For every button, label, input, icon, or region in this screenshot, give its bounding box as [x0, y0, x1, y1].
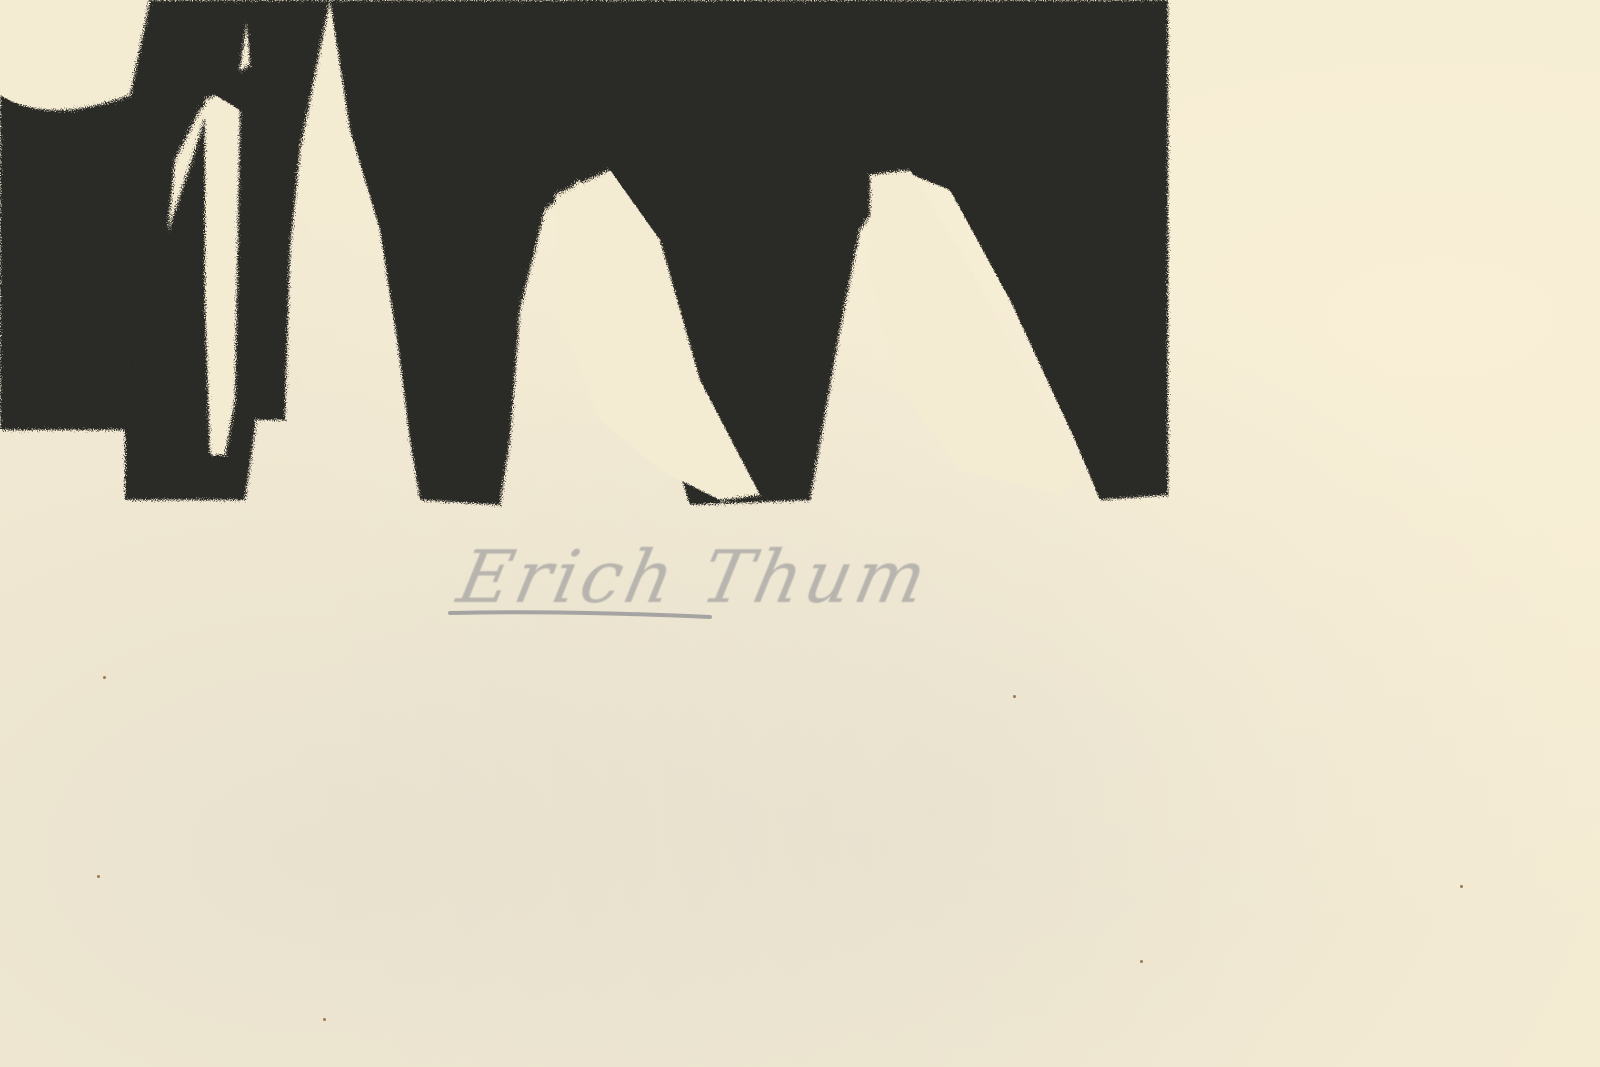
signature-underline — [440, 525, 1200, 635]
artist-signature: Erich Thum — [440, 525, 1200, 635]
